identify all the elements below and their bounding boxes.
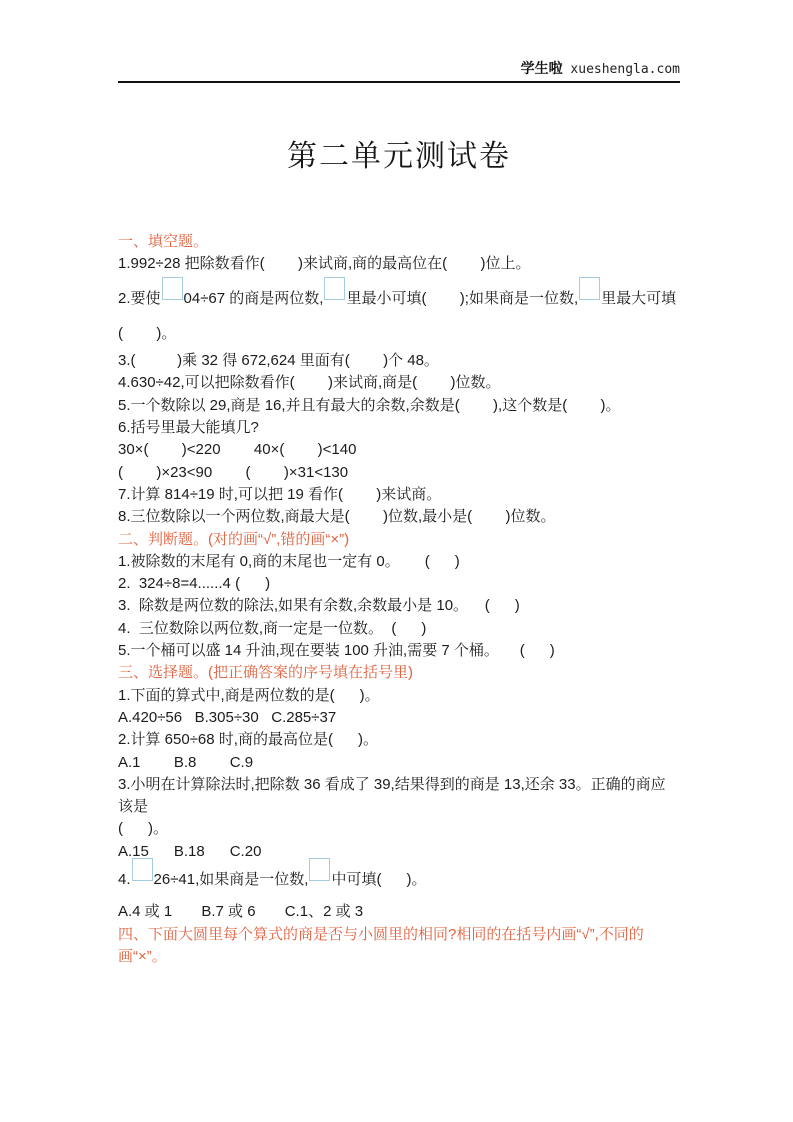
section-heading: 三、选择题。(把正确答案的序号填在括号里)	[118, 662, 680, 684]
section: 四、下面大圆里每个算式的商是否与小圆里的相同?相同的在括号内画“√”,不同的画“…	[118, 924, 680, 969]
page-content: 学生啦 xueshengla.com 第二单元测试卷 一、填空题。1.992÷2…	[118, 0, 680, 968]
question-line: 3.小明在计算除法时,把除数 36 看成了 39,结果得到的商是 13,还余 3…	[118, 774, 680, 819]
question-line: 4. 三位数除以两位数,商一定是一位数。 ( )	[118, 618, 680, 640]
question-line: ( )。	[118, 818, 680, 840]
question-line: 7.计算 814÷19 时,可以把 19 看作( )来试商。	[118, 484, 680, 506]
question-line: 2.计算 650÷68 时,商的最高位是( )。	[118, 729, 680, 751]
sections: 一、填空题。1.992÷28 把除数看作( )来试商,商的最高位在( )位上。2…	[118, 231, 680, 968]
section-heading: 四、下面大圆里每个算式的商是否与小圆里的相同?相同的在括号内画“√”,不同的画“…	[118, 924, 680, 969]
section: 二、判断题。(对的画“√”,错的画“×”)1.被除数的末尾有 0,商的末尾也一定…	[118, 529, 680, 663]
question-line: 5.一个数除以 29,商是 16,并且有最大的余数,余数是( ),这个数是( )…	[118, 395, 680, 417]
fill-in-box	[132, 858, 153, 881]
section-heading: 二、判断题。(对的画“√”,错的画“×”)	[118, 529, 680, 551]
question-line: 1.992÷28 把除数看作( )来试商,商的最高位在( )位上。	[118, 253, 680, 275]
question-line: 1.下面的算式中,商是两位数的是( )。	[118, 685, 680, 707]
question-line: A.15 B.18 C.20	[118, 841, 680, 863]
question-line: 30×( )<220 40×( )<140	[118, 439, 680, 461]
question-line: A.4 或 1 B.7 或 6 C.1、2 或 3	[118, 901, 680, 923]
test-paper-page: 学生啦 xueshengla.com 第二单元测试卷 一、填空题。1.992÷2…	[0, 0, 793, 1122]
fill-in-box	[324, 277, 345, 300]
fill-in-box	[162, 277, 183, 300]
question-line: 2. 324÷8=4......4 ( )	[118, 573, 680, 595]
question-line: ( )。	[118, 323, 680, 345]
brand-url: xueshengla.com	[563, 62, 680, 77]
question-line: ( )×23<90 ( )×31<130	[118, 462, 680, 484]
brand-name: 学生啦	[521, 60, 563, 76]
question-line: 1.被除数的末尾有 0,商的末尾也一定有 0。 ( )	[118, 551, 680, 573]
question-line: A.420÷56 B.305÷30 C.285÷37	[118, 707, 680, 729]
question-line: A.1 B.8 C.9	[118, 752, 680, 774]
fill-in-box	[309, 858, 330, 881]
question-line: 4.26÷41,如果商是一位数,中可填( )。	[118, 863, 680, 891]
question-line: 3.( )乘 32 得 672,624 里面有( )个 48。	[118, 350, 680, 372]
fill-in-box	[579, 277, 600, 300]
page-header: 学生啦 xueshengla.com	[118, 60, 680, 83]
section: 一、填空题。1.992÷28 把除数看作( )来试商,商的最高位在( )位上。2…	[118, 231, 680, 529]
section: 三、选择题。(把正确答案的序号填在括号里)1.下面的算式中,商是两位数的是( )…	[118, 662, 680, 923]
question-line: 3. 除数是两位数的除法,如果有余数,余数最小是 10。 ( )	[118, 595, 680, 617]
page-title: 第二单元测试卷	[118, 139, 680, 175]
question-line: 6.括号里最大能填几?	[118, 417, 680, 439]
question-line: 5.一个桶可以盛 14 升油,现在要装 100 升油,需要 7 个桶。 ( )	[118, 640, 680, 662]
section-heading: 一、填空题。	[118, 231, 680, 253]
question-line: 2.要使04÷67 的商是两位数,里最小可填( );如果商是一位数,里最大可填	[118, 282, 680, 310]
question-line: 8.三位数除以一个两位数,商最大是( )位数,最小是( )位数。	[118, 506, 680, 528]
question-line: 4.630÷42,可以把除数看作( )来试商,商是( )位数。	[118, 372, 680, 394]
